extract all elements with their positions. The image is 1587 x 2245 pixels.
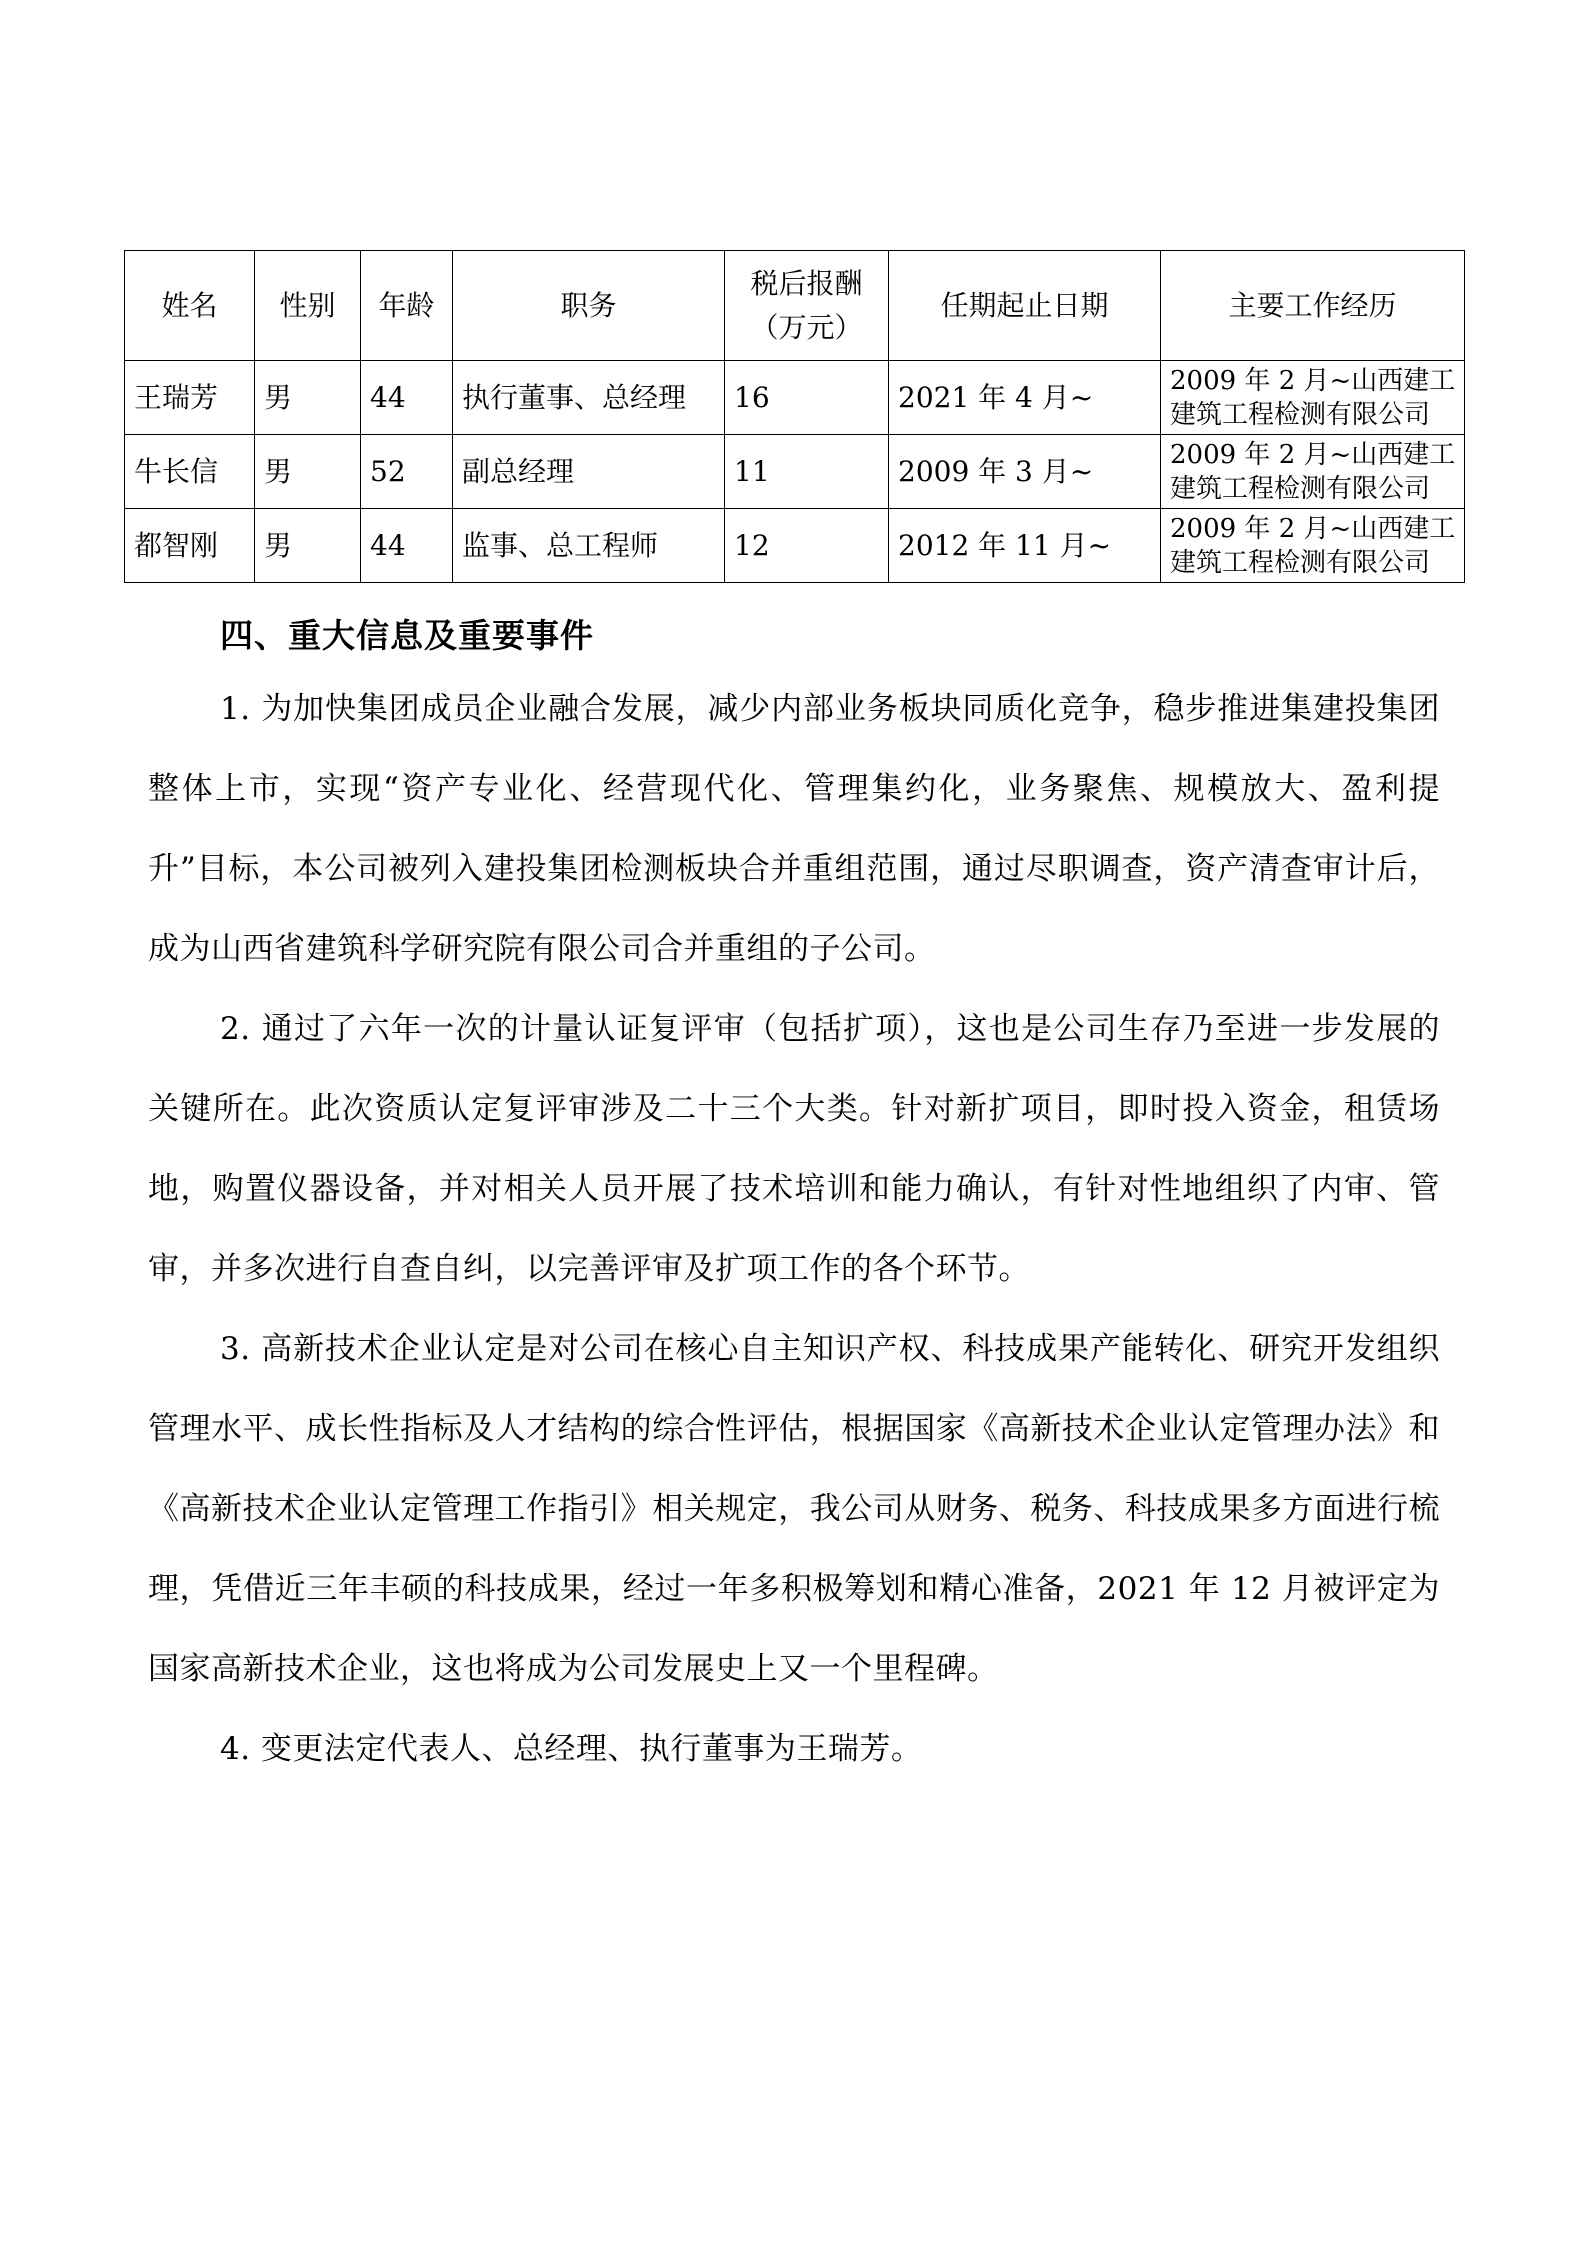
cell-age: 52 xyxy=(361,435,453,509)
cell-name: 都智刚 xyxy=(125,509,255,583)
cell-salary: 12 xyxy=(725,509,889,583)
cell-experience: 2009 年 2 月~山西建工建筑工程检测有限公司 xyxy=(1161,509,1465,583)
cell-position: 副总经理 xyxy=(453,435,725,509)
document-body: 四、重大信息及重要事件 1. 为加快集团成员企业融合发展，减少内部业务板块同质化… xyxy=(148,603,1440,1789)
section-heading: 四、重大信息及重要事件 xyxy=(148,603,1440,669)
cell-name: 牛长信 xyxy=(125,435,255,509)
col-header-position: 职务 xyxy=(453,251,725,361)
col-header-term: 任期起止日期 xyxy=(889,251,1161,361)
paragraph-4: 4. 变更法定代表人、总经理、执行董事为王瑞芳。 xyxy=(148,1709,1440,1789)
cell-experience: 2009 年 2 月~山西建工建筑工程检测有限公司 xyxy=(1161,435,1465,509)
col-header-name: 姓名 xyxy=(125,251,255,361)
management-personnel-table: 姓名 性别 年龄 职务 税后报酬 （万元） 任期起止日期 主要工作经历 王瑞芳 … xyxy=(124,250,1465,583)
cell-gender: 男 xyxy=(255,509,361,583)
cell-age: 44 xyxy=(361,509,453,583)
table-row: 牛长信 男 52 副总经理 11 2009 年 3 月~ 2009 年 2 月~… xyxy=(125,435,1465,509)
cell-gender: 男 xyxy=(255,435,361,509)
table-row: 王瑞芳 男 44 执行董事、总经理 16 2021 年 4 月~ 2009 年 … xyxy=(125,361,1465,435)
cell-age: 44 xyxy=(361,361,453,435)
cell-position: 执行董事、总经理 xyxy=(453,361,725,435)
cell-salary: 11 xyxy=(725,435,889,509)
cell-experience: 2009 年 2 月~山西建工建筑工程检测有限公司 xyxy=(1161,361,1465,435)
table-row: 都智刚 男 44 监事、总工程师 12 2012 年 11 月~ 2009 年 … xyxy=(125,509,1465,583)
paragraph-3: 3. 高新技术企业认定是对公司在核心自主知识产权、科技成果产能转化、研究开发组织… xyxy=(148,1309,1440,1709)
document-page: 姓名 性别 年龄 职务 税后报酬 （万元） 任期起止日期 主要工作经历 王瑞芳 … xyxy=(0,0,1587,2245)
cell-name: 王瑞芳 xyxy=(125,361,255,435)
cell-salary: 16 xyxy=(725,361,889,435)
cell-gender: 男 xyxy=(255,361,361,435)
cell-term: 2009 年 3 月~ xyxy=(889,435,1161,509)
cell-term: 2012 年 11 月~ xyxy=(889,509,1161,583)
col-header-salary: 税后报酬 （万元） xyxy=(725,251,889,361)
table-header-row: 姓名 性别 年龄 职务 税后报酬 （万元） 任期起止日期 主要工作经历 xyxy=(125,251,1465,361)
cell-position: 监事、总工程师 xyxy=(453,509,725,583)
cell-term: 2021 年 4 月~ xyxy=(889,361,1161,435)
col-header-gender: 性别 xyxy=(255,251,361,361)
col-header-age: 年龄 xyxy=(361,251,453,361)
paragraph-2: 2. 通过了六年一次的计量认证复评审（包括扩项），这也是公司生存乃至进一步发展的… xyxy=(148,989,1440,1309)
col-header-experience: 主要工作经历 xyxy=(1161,251,1465,361)
paragraph-1: 1. 为加快集团成员企业融合发展，减少内部业务板块同质化竞争，稳步推进集建投集团… xyxy=(148,669,1440,989)
